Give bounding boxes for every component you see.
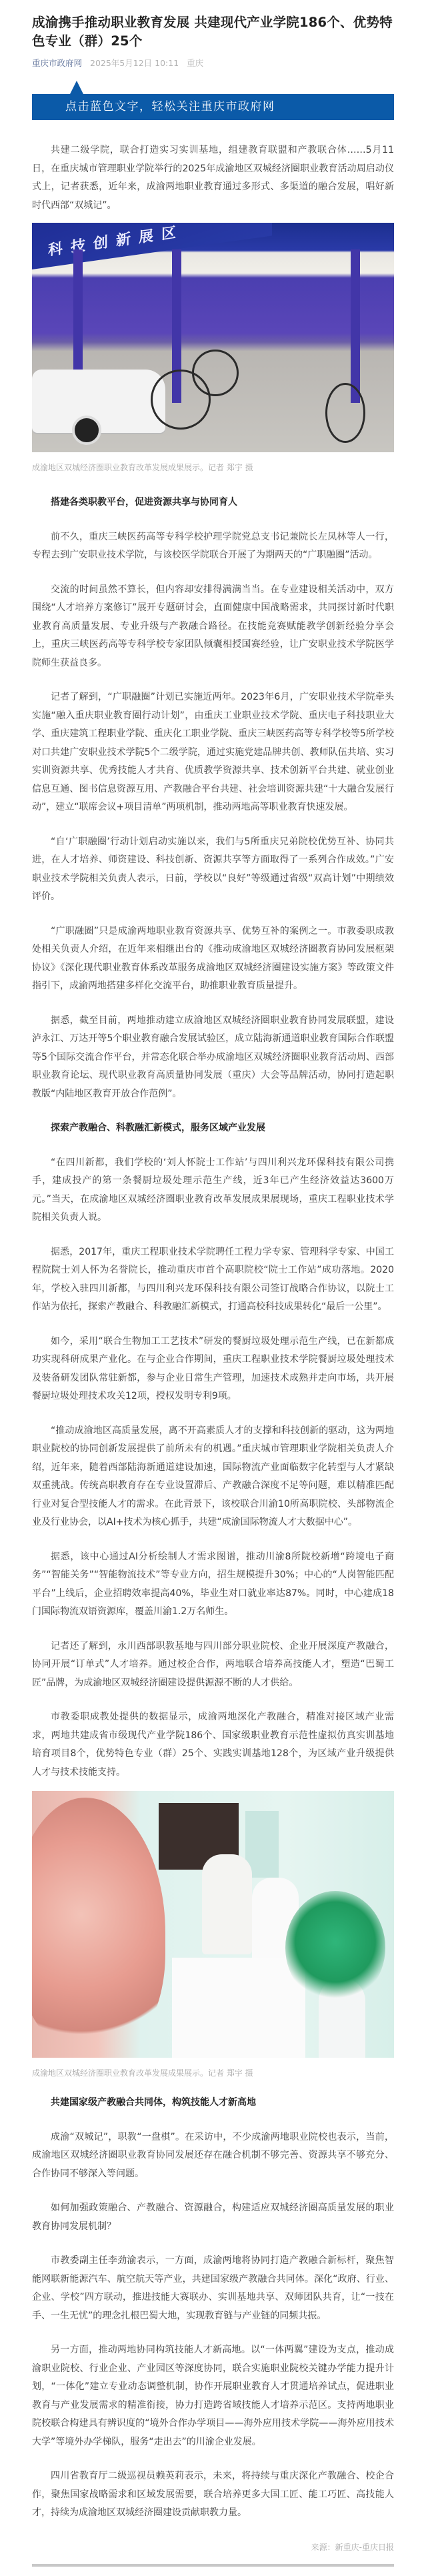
section-3-paragraph: 另一方面，推动两地协同构筑技能人才新高地。以“一体两翼”建设为支点，推动成渝职业…: [32, 2341, 394, 2451]
exhibition-sign: 科技创新展区: [32, 223, 272, 269]
section-1-paragraph: “自‘广职融圈’行动计划启动实施以来，我们与5所重庆兄弟院校优势互补、协同共进，…: [32, 833, 394, 906]
banner-pointer-icon: [70, 81, 83, 94]
bottom-spacer: [32, 2567, 394, 2576]
section-2-paragraph: 据悉，该中心通过AI分析绘制人才需求图谱，推动川渝8所院校新增“跨境电子商务”“…: [32, 1548, 394, 1622]
exhibition-photo-1[interactable]: 科技创新展区: [32, 223, 394, 452]
publish-time: 2025年5月12日 10:11: [90, 58, 179, 68]
section-1-paragraph: “广职融圈”只是成渝两地职业教育资源共享、优势互补的案例之一。市教委职成教处相关…: [32, 922, 394, 996]
section-3-paragraph: 如何加强政策融合、产教融合、资源融合，构建适应双城经济圈高质量发展的职业教育协同…: [32, 2199, 394, 2236]
section-2-paragraph: 记者还了解到，永川西部职教基地与四川部分职业院校、企业开展深度产教融合，协同开展…: [32, 1638, 394, 1693]
article-source: 来源：新重庆-重庆日报: [32, 2541, 394, 2553]
section-1-heading: 搭建各类职教平台，促进资源共享与协同育人: [32, 494, 394, 512]
section-2-paragraph: “推动成渝地区高质量发展，离不开高素质人才的支撑和科技创新的驱动，这为两地职业院…: [32, 1422, 394, 1532]
section-1-paragraph: 交流的时间虽然不算长，但内容却安排得满满当当。在专业建设相关活动中，双方围绕“人…: [32, 581, 394, 673]
article-meta: 重庆市政府网 2025年5月12日 10:11 重庆: [32, 57, 394, 69]
bicycle-wheel-shape: [192, 350, 239, 396]
section-1-paragraph: 据悉，截至目前，两地推动建立成渝地区双城经济圈职业教育协同发展联盟，建设泸永江、…: [32, 1012, 394, 1104]
article-page: 成渝携手推动职业教育发展 共建现代产业学院186个、优势特色专业（群）25个 重…: [0, 0, 426, 2576]
section-3-paragraph: 四川省教育厅二级巡视员赖英莉表示，未来，将持续与重庆深化产教融合、校企合作，聚焦…: [32, 2467, 394, 2523]
photo-2-caption: 成渝地区双城经济圈职业教育改革发展成果展示。记者 郑宇 摄: [32, 2067, 394, 2079]
photo-table: [172, 1958, 305, 2058]
section-3-paragraph: 市教委副主任李劲渝表示，一方面，成渝两地将协同打造产教融合新标杆，聚焦智能网联新…: [32, 2252, 394, 2325]
section-2-heading: 探索产教融合、科教融汇新模式，服务区域产业发展: [32, 1119, 394, 1138]
article-title: 成渝携手推动职业教育发展 共建现代产业学院186个、优势特色专业（群）25个: [32, 0, 394, 51]
publish-location: 重庆: [187, 58, 203, 68]
photo-1-caption: 成渝地区双城经济圈职业教育改革发展成果展示。记者 郑宇 摄: [32, 462, 394, 474]
account-name-link[interactable]: 重庆市政府网: [32, 58, 82, 68]
section-1-paragraph: 记者了解到，“广职融圈”计划已实施近两年。2023年6月，广安职业技术学院牵头实…: [32, 688, 394, 817]
section-2-paragraph: “在四川新都，我们学校的‘刘人怀院士工作站’与四川利兴龙环保科技有限公司携手，建…: [32, 1154, 394, 1227]
exhibition-photo-2[interactable]: [32, 1791, 394, 2058]
section-3-heading: 共建国家级产教融合共同体，构筑技能人才新高地: [32, 2094, 394, 2112]
photo-makeup-artist: [202, 1854, 252, 1954]
robot-car-shape: [32, 370, 165, 433]
follow-banner[interactable]: 点击蓝色文字，轻松关注重庆市政府网: [32, 94, 394, 120]
section-1-paragraph: 前不久，重庆三峡医药高等专科学校护理学院党总支书记兼院长左凤林等人一行，专程去到…: [32, 528, 394, 565]
intro-paragraph: 共建二级学院，联合打造实习实训基地，组建教育联盟和产教联合体……5月11日，在重…: [32, 141, 394, 215]
follow-banner-text[interactable]: 点击蓝色文字，轻松关注重庆市政府网: [32, 94, 394, 120]
cart-wheel-shape: [325, 383, 365, 443]
photo-pillar: [351, 249, 360, 403]
section-2-paragraph: 据悉，2017年，重庆工程职业技术学院聘任工程力学专家、管理科学专家、中国工程院…: [32, 1243, 394, 1317]
section-2-paragraph: 市教委职成教处提供的数据显示，成渝两地深化产教融合，精准对接区域产业需求，两地共…: [32, 1708, 394, 1782]
photo-pink-hairpiece: [32, 1798, 165, 2058]
photo-green-hairpiece: [285, 1891, 385, 2004]
section-2-paragraph: 如今，采用“联合生物加工工艺技术”研发的餐厨垃圾处理示范生产线，已在新都成功实现…: [32, 1333, 394, 1406]
